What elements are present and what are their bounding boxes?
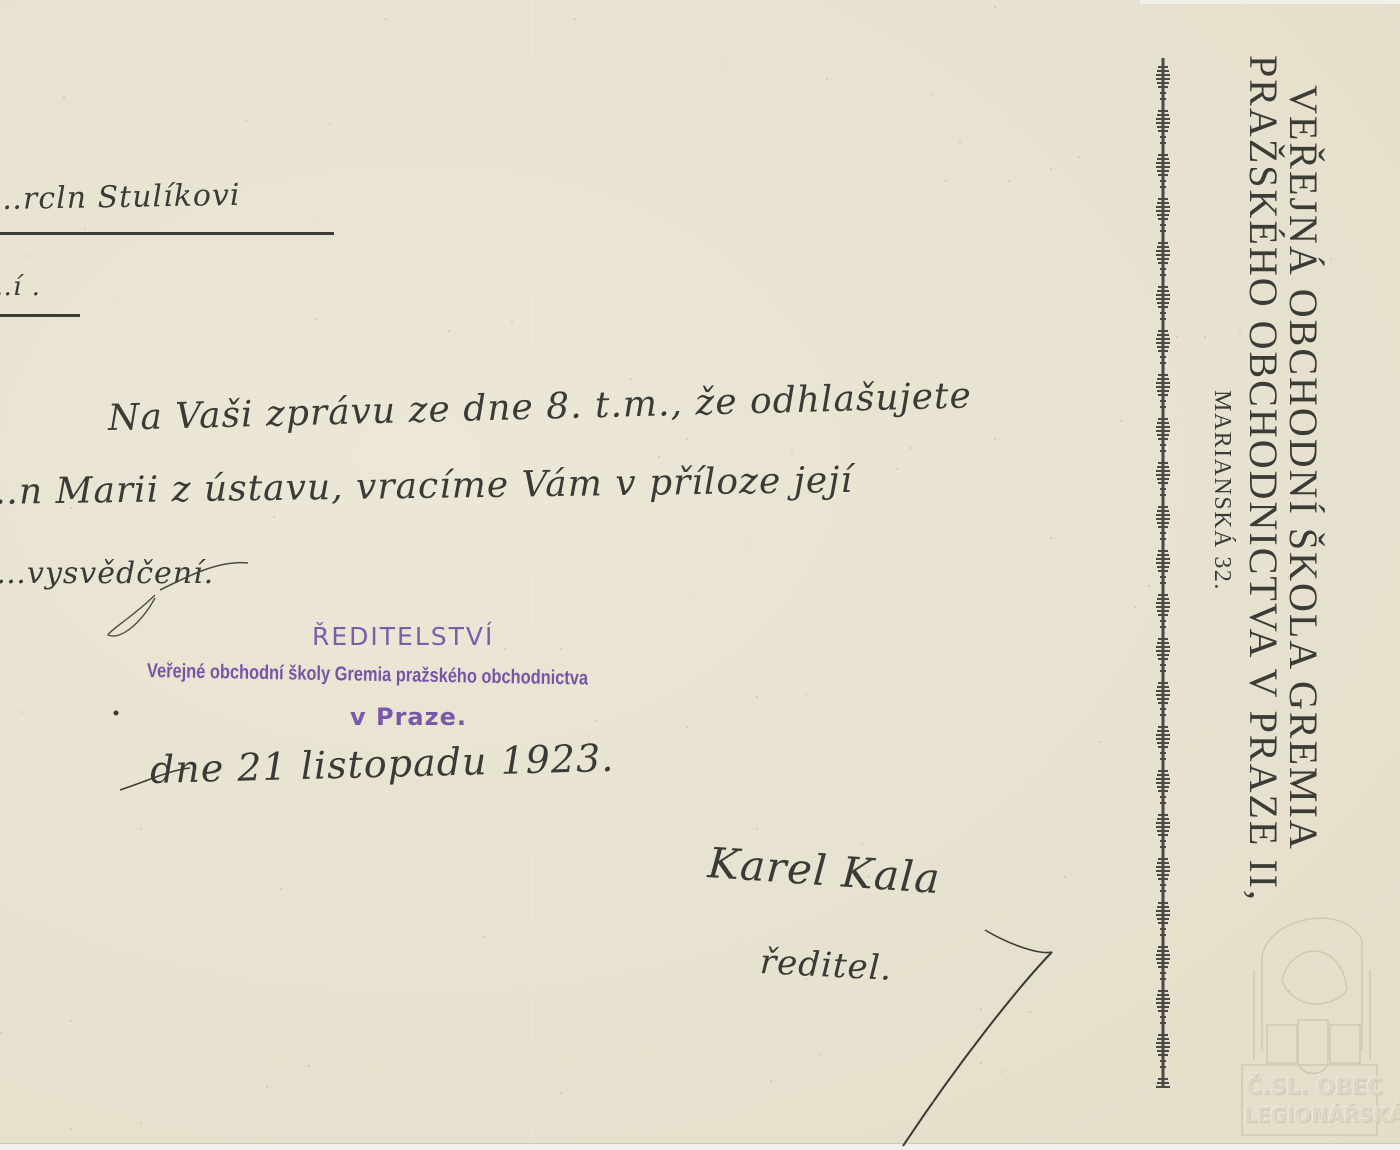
paper-speckle: [819, 1053, 821, 1055]
paper-speckle: [490, 834, 491, 835]
paper-speckle: [280, 888, 282, 890]
paper-speckle: [861, 843, 863, 845]
paper-speckle: [56, 810, 57, 811]
paper-speckle: [357, 825, 358, 826]
paper-speckle: [504, 648, 506, 650]
paper-speckle: [1134, 606, 1136, 608]
paper-speckle: [693, 597, 694, 598]
paper-speckle: [1127, 855, 1128, 856]
paper-speckle: [1239, 333, 1241, 335]
paper-speckle: [1064, 876, 1066, 878]
paper-speckle: [721, 63, 723, 65]
paper-speckle: [21, 711, 23, 713]
paper-speckle: [770, 1080, 772, 1082]
paper-speckle: [896, 30, 897, 31]
paper-speckle: [1120, 420, 1122, 422]
paper-speckle: [70, 1128, 72, 1130]
paper-speckle: [931, 1101, 933, 1103]
paper-speckle: [994, 438, 996, 440]
paper-speckle: [1169, 471, 1171, 473]
paper-speckle: [357, 837, 358, 838]
paper-speckle: [756, 828, 758, 830]
paper-speckle: [1127, 1047, 1128, 1048]
paper-speckle: [196, 1005, 197, 1006]
paper-speckle: [1176, 336, 1178, 338]
paper-speckle: [630, 114, 631, 115]
paper-speckle: [805, 729, 806, 730]
paper-speckle: [329, 123, 331, 125]
paper-speckle: [266, 1086, 268, 1088]
watermark-line-2: LEGIONÁŘSKÁ: [1244, 1103, 1400, 1127]
paper-speckle: [245, 120, 247, 122]
paper-speckle: [868, 876, 870, 878]
paper-speckle: [882, 330, 883, 331]
paper-speckle: [273, 516, 275, 518]
paper-speckle: [168, 660, 170, 662]
embossed-watermark: Č.SL. OBEC LEGIONÁŘSKÁ: [1232, 900, 1380, 1140]
paper-speckle: [994, 6, 996, 8]
paper-speckle: [959, 141, 961, 143]
paper-speckle: [560, 1092, 562, 1094]
paper-speckle: [686, 438, 688, 440]
paper-speckle: [742, 270, 743, 271]
paper-speckle: [448, 330, 450, 332]
paper-speckle: [1113, 357, 1114, 358]
paper-speckle: [560, 648, 562, 650]
paper-speckle: [308, 1065, 310, 1067]
paper-speckle: [175, 939, 176, 940]
paper-speckle: [112, 12, 113, 13]
paper-speckle: [686, 726, 688, 728]
paper-speckle: [931, 93, 933, 95]
signature-title: ředitel.: [759, 942, 893, 989]
paper-speckle: [749, 543, 751, 545]
paper-speckle: [574, 18, 576, 20]
paper-speckle: [826, 78, 828, 80]
paper-speckle: [0, 1032, 2, 1034]
paper-speckle: [868, 12, 869, 13]
paper-speckle: [1120, 624, 1121, 625]
letterhead-address: MARIANSKÁ 32.: [1208, 390, 1235, 591]
paper-speckle: [1267, 915, 1268, 916]
paper-speckle: [882, 222, 883, 223]
paper-speckle: [1001, 1071, 1003, 1073]
letterhead-school-name: VEŘEJNÁ OBCHODNÍ ŠKOLA GREMIA: [1280, 85, 1327, 851]
paper-speckle: [140, 828, 142, 830]
paper-speckle: [630, 378, 632, 380]
paper-speckle: [1008, 180, 1010, 182]
paper-speckle: [980, 1008, 982, 1010]
paper-speckle: [112, 300, 113, 301]
paper-speckle: [385, 18, 387, 20]
paper-speckle: [623, 807, 624, 808]
paper-speckle: [490, 477, 492, 479]
paper-speckle: [511, 321, 513, 323]
paper-speckle: [1288, 990, 1290, 992]
paper-speckle: [455, 63, 457, 65]
stamp-title: ŘEDITELSTVÍ: [312, 622, 494, 651]
paper-speckle: [1050, 168, 1052, 170]
paper-speckle: [1155, 1083, 1157, 1085]
paper-speckle: [70, 1020, 72, 1022]
paper-speckle: [315, 219, 316, 220]
paper-speckle: [1078, 156, 1080, 158]
paper-speckle: [1316, 615, 1317, 616]
paper-speckle: [910, 447, 912, 449]
paper-speckle: [252, 360, 253, 361]
paper-speckle: [1260, 1044, 1261, 1045]
paper-speckle: [1295, 780, 1297, 782]
paper-speckle: [140, 1122, 142, 1124]
watermark-line-1: Č.SL. OBEC: [1246, 1075, 1383, 1100]
paper-speckle: [497, 117, 498, 118]
paper-speckle: [742, 942, 743, 943]
paper-speckle: [448, 252, 449, 253]
paper-speckle: [595, 720, 597, 722]
paper-speckle: [63, 96, 65, 98]
paper-speckle: [1148, 585, 1150, 587]
letterhead-organization: PRAŽSKÉHO OBCHODNICTVA V PRAZE II,: [1240, 55, 1287, 902]
paper-speckle: [28, 255, 30, 257]
paper-speckle: [896, 468, 898, 470]
paper-speckle: [756, 696, 758, 698]
paper-speckle: [420, 480, 422, 482]
paper-speckle: [70, 507, 72, 509]
paper-speckle: [1029, 1011, 1031, 1013]
paper-speckle: [945, 180, 947, 182]
paper-speckle: [791, 453, 793, 455]
paper-speckle: [105, 573, 107, 575]
paper-speckle: [1253, 816, 1255, 818]
paper-speckle: [1358, 702, 1359, 703]
paper-speckle: [378, 462, 379, 463]
paper-speckle: [1099, 741, 1101, 743]
paper-speckle: [1036, 225, 1037, 226]
paper-speckle: [1295, 498, 1297, 500]
paper-speckle: [1050, 537, 1052, 539]
paper-speckle: [252, 432, 253, 433]
paper-speckle: [658, 456, 660, 458]
paper-speckle: [336, 60, 337, 61]
paper-speckle: [1330, 258, 1332, 260]
paper-speckle: [497, 885, 498, 886]
paper-speckle: [476, 255, 477, 256]
stamp-city: v Praze.: [350, 703, 467, 731]
ornamental-border: [1155, 58, 1171, 1088]
paper-speckle: [84, 228, 86, 230]
paper-speckle: [1288, 576, 1290, 578]
paper-speckle: [980, 1062, 982, 1064]
paper-speckle: [588, 735, 590, 737]
paper-speckle: [483, 936, 485, 938]
paper-speckle: [315, 318, 317, 320]
paper-speckle: [1204, 336, 1206, 338]
paper-speckle: [805, 693, 807, 695]
paper-speckle: [945, 9, 946, 10]
paper-speckle: [805, 978, 807, 980]
paper-speckle: [1267, 327, 1268, 328]
paper-speckle: [1176, 420, 1177, 421]
paper-speckle: [203, 1047, 204, 1048]
